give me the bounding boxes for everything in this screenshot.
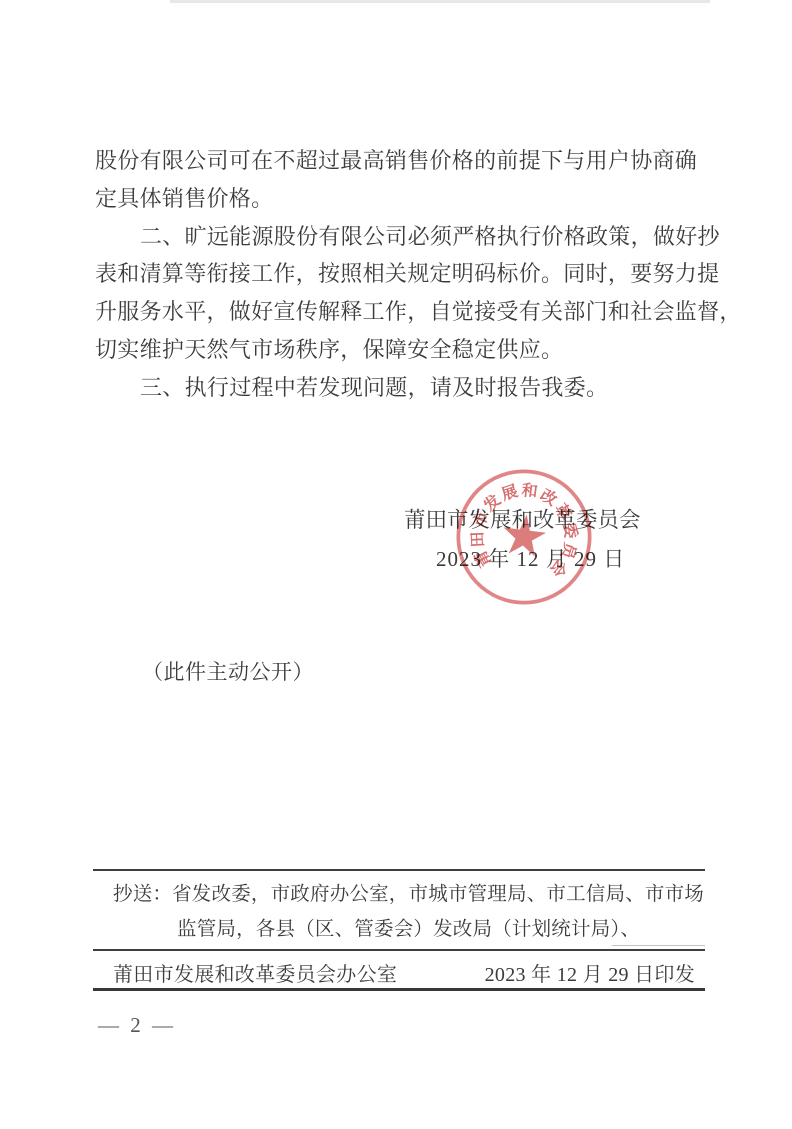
body-line: 升服务水平，做好宣传解释工作，自觉接受有关部门和社会监督，	[95, 293, 709, 331]
cc-block: 抄送：省发改委，市政府办公室，市城市管理局、市工信局、市市场 监管局，各县（区、…	[113, 877, 705, 947]
official-seal-stamp: 莆田市发展和改革委员会	[449, 462, 599, 612]
body-line: 切实维护天然气市场秩序，保障安全稳定供应。	[95, 331, 709, 369]
issuer-office: 莆田市发展和改革委员会办公室	[113, 958, 397, 987]
document-body: 股份有限公司可在不超过最高销售价格的前提下与用户协商确 定具体销售价格。 二、旷…	[95, 142, 709, 407]
body-line: 表和清算等衔接工作，按照相关规定明码标价。同时，要努力提	[95, 255, 709, 293]
seal-ring	[451, 464, 597, 610]
print-date: 2023 年 12 月 29 日印发	[485, 958, 695, 987]
page-number: — 2 —	[98, 1013, 176, 1038]
disclosure-note: （此件主动公开）	[142, 656, 314, 686]
body-line: 二、旷远能源股份有限公司必须严格执行价格政策，做好抄	[95, 218, 709, 256]
footer-divider-top	[93, 869, 705, 871]
cc-line: 监管局，各县（区、管委会）发改局（计划统计局）、	[113, 912, 705, 947]
signature-organization: 莆田市发展和改革委员会	[404, 503, 641, 534]
document-page: 股份有限公司可在不超过最高销售价格的前提下与用户协商确 定具体销售价格。 二、旷…	[0, 0, 792, 1129]
body-line: 股份有限公司可在不超过最高销售价格的前提下与用户协商确	[95, 142, 709, 180]
signature-date: 2023 年 12 月 29 日	[436, 543, 625, 573]
body-line: 三、执行过程中若发现问题，请及时报告我委。	[95, 369, 709, 407]
scan-artifact	[170, 0, 710, 3]
svg-text:和: 和	[521, 480, 539, 501]
footer-divider-middle	[93, 949, 705, 951]
cc-line: 抄送：省发改委，市政府办公室，市城市管理局、市工信局、市市场	[113, 877, 705, 912]
body-line: 定具体销售价格。	[95, 180, 709, 218]
issuer-row: 莆田市发展和改革委员会办公室 2023 年 12 月 29 日印发	[113, 958, 695, 987]
footer-divider-bottom	[93, 988, 705, 991]
svg-text:展: 展	[499, 482, 520, 504]
